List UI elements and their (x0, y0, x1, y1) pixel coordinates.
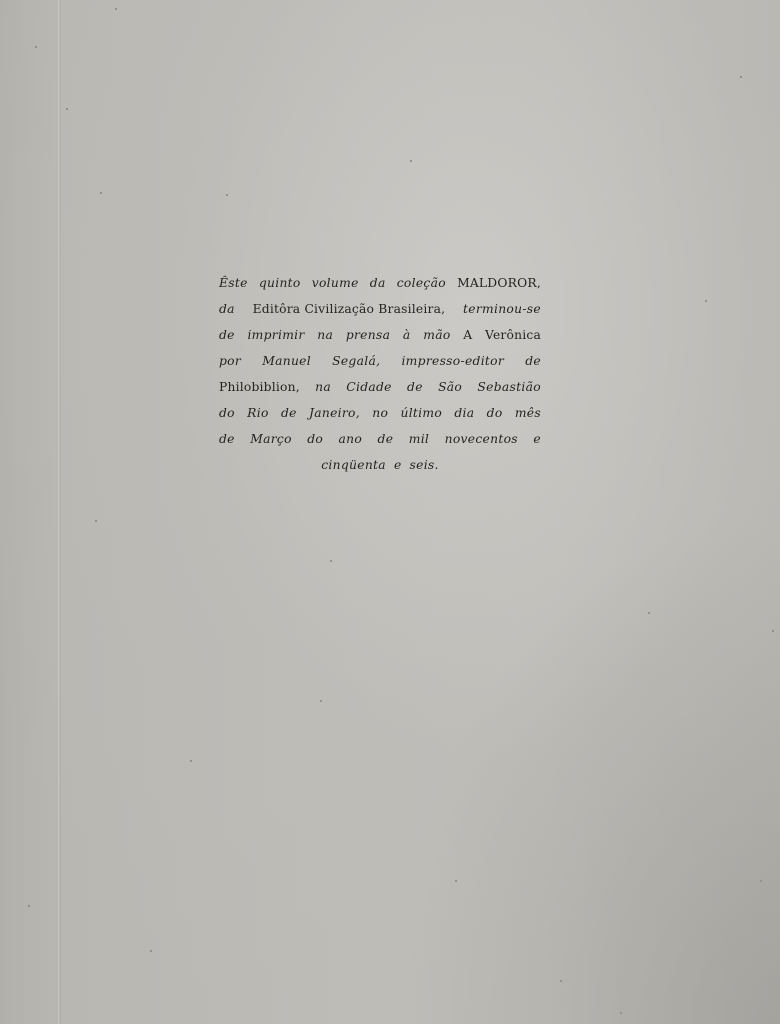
colophon-line: cinqüentaeseis. (219, 452, 541, 478)
colophon-word: na (315, 374, 331, 400)
colophon-word: à (403, 322, 411, 348)
colophon-word: volume (312, 270, 359, 296)
colophon-line: deMarçodoanodemilnovecentose (219, 426, 541, 452)
colophon-word: ano (339, 426, 363, 452)
colophon-word: Verônica (485, 322, 541, 348)
colophon-word: quinto (259, 270, 301, 296)
colophon-word: Março (250, 426, 292, 452)
colophon-word: Êste (219, 270, 248, 296)
colophon-word: A (463, 322, 472, 348)
colophon-word: do (487, 400, 503, 426)
colophon-word: terminou-se (463, 296, 541, 322)
colophon-word: São (438, 374, 462, 400)
colophon-word: mês (515, 400, 541, 426)
colophon-line: daEditôra Civilização Brasileira,termino… (219, 296, 541, 322)
colophon-word: da (370, 270, 386, 296)
colophon-word: e (533, 426, 541, 452)
colophon-word: MALDOROR, (457, 270, 541, 296)
colophon-word: seis. (410, 452, 439, 478)
colophon-word: mão (423, 322, 450, 348)
colophon-word: Philobiblion, (219, 374, 300, 400)
colophon-word: Rio (247, 400, 269, 426)
colophon-line: porManuelSegalá,impresso-editorde (219, 348, 541, 374)
colophon-word: dia (454, 400, 474, 426)
colophon-word: por (219, 348, 241, 374)
colophon-text-block: ÊstequintovolumedacoleçãoMALDOROR,daEdit… (219, 270, 541, 478)
colophon-word: prensa (346, 322, 390, 348)
colophon-line: deimprimirnaprensaàmãoAVerônica (219, 322, 541, 348)
colophon-word: Manuel (262, 348, 311, 374)
colophon-word: Cidade (346, 374, 392, 400)
colophon-line: ÊstequintovolumedacoleçãoMALDOROR, (219, 270, 541, 296)
colophon-word: da (219, 296, 235, 322)
colophon-word: cinqüenta (321, 452, 386, 478)
colophon-word: no (372, 400, 388, 426)
colophon-word: impresso-editor (401, 348, 504, 374)
colophon-word: Editôra Civilização Brasileira, (253, 296, 446, 322)
colophon-word: e (394, 452, 402, 478)
colophon-word: de (219, 322, 235, 348)
colophon-word: de (407, 374, 423, 400)
colophon-word: do (219, 400, 235, 426)
colophon-word: Janeiro, (309, 400, 360, 426)
colophon-word: novecentos (445, 426, 518, 452)
colophon-word: de (525, 348, 541, 374)
paper-page: ÊstequintovolumedacoleçãoMALDOROR,daEdit… (0, 0, 780, 1024)
colophon-word: último (400, 400, 442, 426)
colophon-word: mil (409, 426, 429, 452)
colophon-word: de (378, 426, 394, 452)
colophon-word: Sebastião (477, 374, 541, 400)
colophon-line: Philobiblion,naCidadedeSãoSebastião (219, 374, 541, 400)
colophon-word: do (307, 426, 323, 452)
colophon-word: imprimir (247, 322, 304, 348)
colophon-word: Segalá, (332, 348, 380, 374)
colophon-line: doRiodeJaneiro,noúltimodiadomês (219, 400, 541, 426)
colophon-word: na (317, 322, 333, 348)
colophon-word: de (219, 426, 235, 452)
colophon-word: de (281, 400, 297, 426)
colophon-word: coleção (397, 270, 446, 296)
